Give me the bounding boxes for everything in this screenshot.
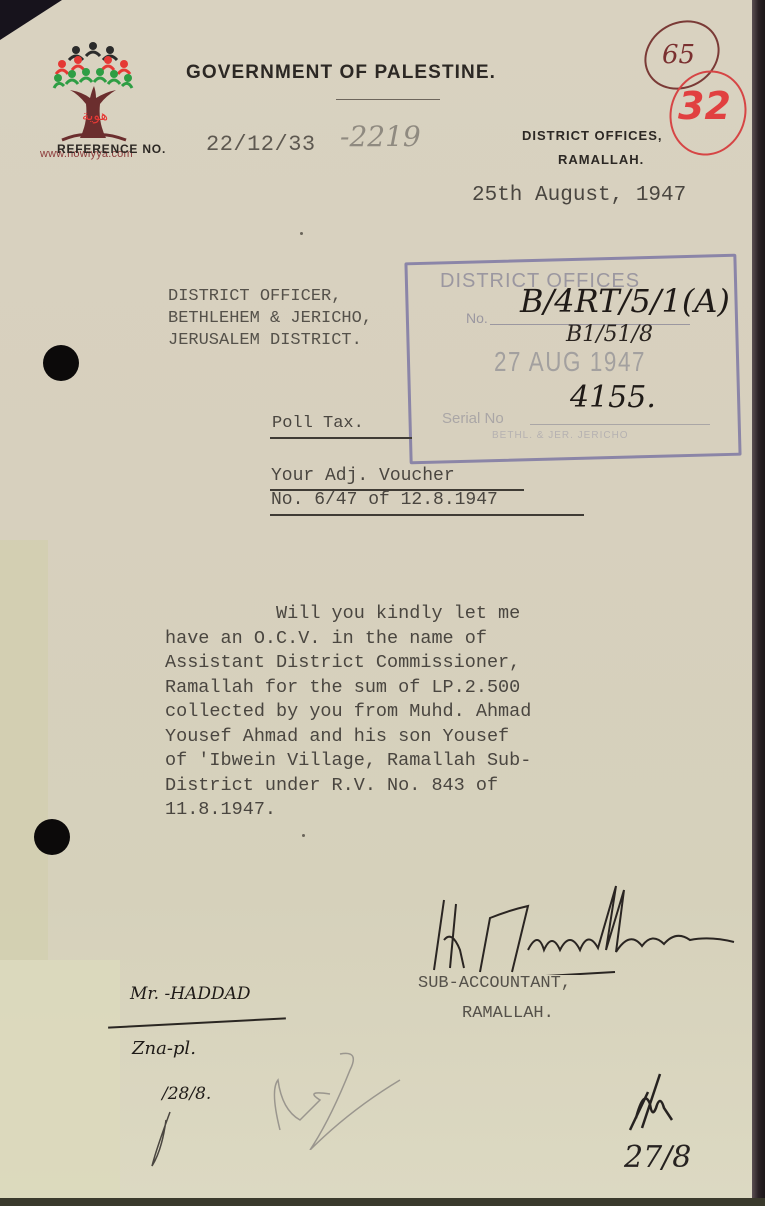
punch-hole — [34, 819, 70, 855]
ink-speck — [302, 834, 305, 837]
signatory-title: SUB-ACCOUNTANT, — [418, 974, 571, 993]
stamp-file-number-2: B1/51/8 — [566, 322, 653, 347]
stamp-serial-line — [530, 424, 710, 425]
reference-handwritten: -2219 — [340, 120, 421, 153]
body-line: collected by you from Muhd. Ahmad — [165, 700, 531, 725]
body-line: Assistant District Commissioner, — [165, 651, 531, 676]
subject-underline — [270, 437, 412, 439]
handwritten-note: Mr. -HADDAD — [130, 984, 251, 1004]
signatory-location: RAMALLAH. — [462, 1004, 554, 1023]
tree-logo-icon: هوية — [52, 42, 134, 142]
scan-edge-bottom — [0, 1198, 765, 1206]
addressee-line: DISTRICT OFFICER, — [168, 286, 372, 308]
body-line: District under R.V. No. 843 of — [165, 774, 531, 799]
initials-icon — [616, 1068, 686, 1148]
paper-discoloration — [0, 540, 48, 960]
letter-date: 25th August, 1947 — [472, 184, 686, 207]
voucher-underline — [270, 514, 584, 516]
sender-location: RAMALLAH. — [558, 152, 644, 167]
body-line: Will you kindly let me — [165, 602, 531, 627]
reference-label: REFERENCE NO. — [57, 142, 166, 156]
letterhead-title: GOVERNMENT OF PALESTINE. — [186, 62, 496, 84]
sender-office: DISTRICT OFFICES, — [522, 128, 663, 143]
punch-hole — [43, 345, 79, 381]
body-line: have an O.C.V. in the name of — [165, 627, 531, 652]
body-line: Yousef Ahmad and his son Yousef — [165, 725, 531, 750]
handwritten-date: 27/8 — [624, 1140, 691, 1175]
stamp-file-number: B/4RT/5/1(A) — [520, 282, 730, 320]
body-line: of 'Ibwein Village, Ramallah Sub- — [165, 749, 531, 774]
pencil-initials-icon — [260, 1050, 410, 1150]
voucher-line: Your Adj. Voucher — [271, 466, 455, 486]
pen-stroke — [146, 1110, 176, 1170]
handwritten-note: /28/8. — [162, 1084, 211, 1104]
letterhead-rule — [336, 99, 440, 100]
subject-line: Poll Tax. — [272, 414, 364, 433]
body-line: Ramallah for the sum of LP.2.500 — [165, 676, 531, 701]
stamp-footer: BETHL. & JER. JERICHO — [492, 430, 629, 441]
handwritten-note: Zna-pl. — [132, 1038, 196, 1059]
stamp-date: 27 AUG 1947 — [494, 346, 646, 378]
stamp-serial-number: 4155. — [570, 380, 656, 415]
folio-number-upper: 65 — [662, 40, 695, 70]
scan-edge-right — [752, 0, 765, 1206]
scan-corner — [0, 0, 62, 40]
voucher-line: No. 6/47 of 12.8.1947 — [271, 490, 498, 510]
ink-speck — [300, 232, 303, 235]
svg-text:هوية: هوية — [82, 108, 108, 124]
folio-number-lower: 32 — [678, 84, 731, 128]
stamp-no-label: No. — [466, 310, 488, 326]
addressee-line: JERUSALEM DISTRICT. — [168, 330, 372, 352]
paper-discoloration — [0, 960, 120, 1200]
body-line: 11.8.1947. — [165, 798, 531, 823]
reference-number: 22/12/33 — [206, 132, 316, 157]
addressee-line: BETHLEHEM & JERICHO, — [168, 308, 372, 330]
stamp-serial-label: Serial No — [442, 410, 504, 427]
letter-body: Will you kindly let mehave an O.C.V. in … — [165, 602, 531, 823]
addressee-block: DISTRICT OFFICER,BETHLEHEM & JERICHO,JER… — [168, 286, 372, 352]
signature-icon — [420, 880, 740, 975]
